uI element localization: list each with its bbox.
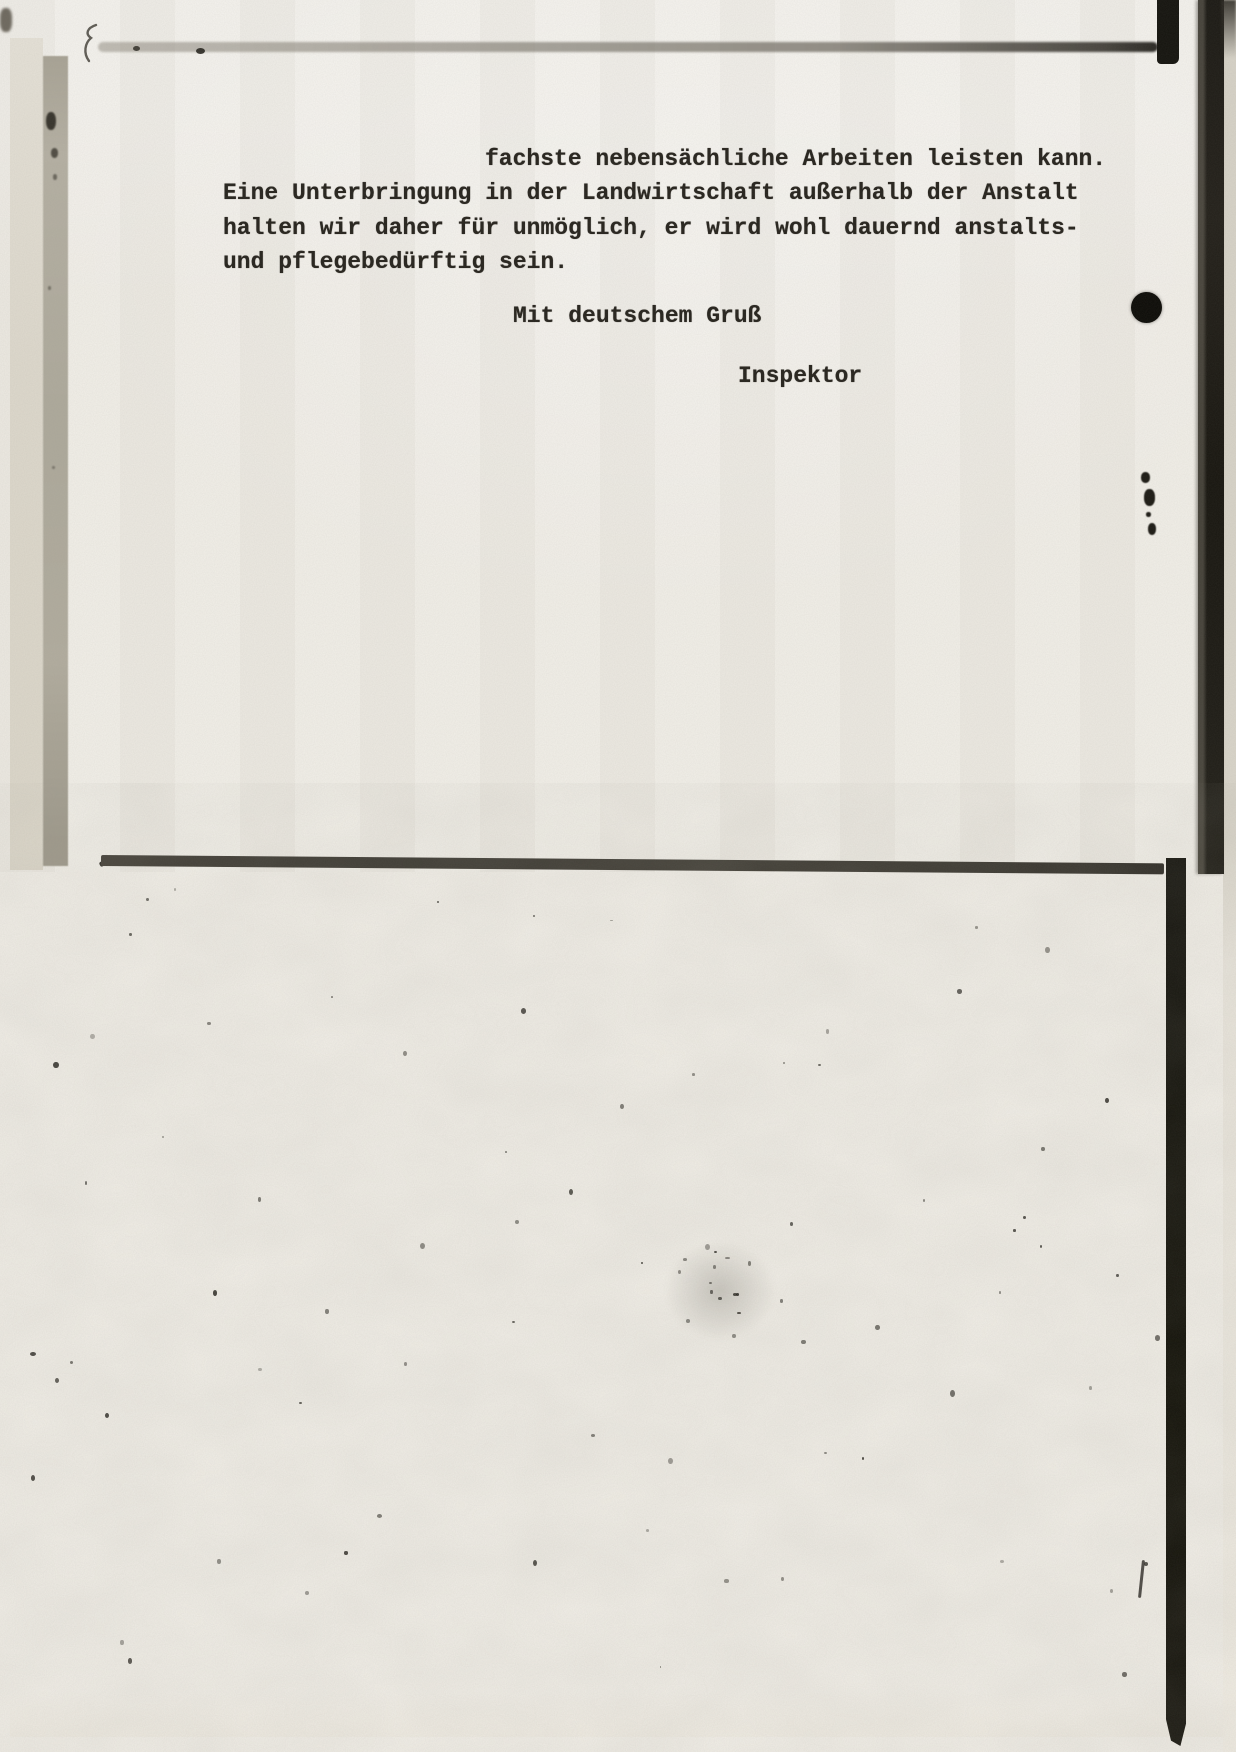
backing-bottom-fade bbox=[10, 1690, 1223, 1737]
top-right-corner-shadow bbox=[1221, 0, 1236, 58]
typed-line: Mit deutschem Gruß bbox=[513, 305, 761, 328]
backing-smudge-stain bbox=[650, 1228, 790, 1353]
left-edge-strip bbox=[43, 56, 68, 866]
top-left-edge-smudge bbox=[0, 8, 12, 32]
top-smudge-line bbox=[98, 42, 1158, 52]
top-right-black-mark bbox=[1157, 0, 1179, 64]
typed-line: halten wir daher für unmöglich, er wird … bbox=[223, 217, 1079, 240]
typed-line: Inspektor bbox=[738, 365, 862, 388]
typed-line: und pflegebedürftig sein. bbox=[223, 251, 568, 274]
typed-line: fachste nebensächliche Arbeiten leisten … bbox=[485, 148, 1106, 171]
letter-sheet bbox=[0, 0, 1236, 872]
hole-punch-dot bbox=[1131, 292, 1162, 323]
right-photo-margin bbox=[1223, 0, 1236, 1752]
corner-pencil-mark bbox=[80, 22, 106, 64]
left-shadow-band bbox=[10, 38, 43, 870]
right-vertical-black-bar bbox=[1166, 858, 1186, 1746]
backing-board bbox=[10, 862, 1223, 1737]
typed-line: Eine Unterbringung in der Landwirtschaft… bbox=[223, 182, 1079, 205]
photograph-of-letter: fachste nebensächliche Arbeiten leisten … bbox=[0, 0, 1236, 1752]
right-edge-dark-strip bbox=[1198, 0, 1224, 874]
